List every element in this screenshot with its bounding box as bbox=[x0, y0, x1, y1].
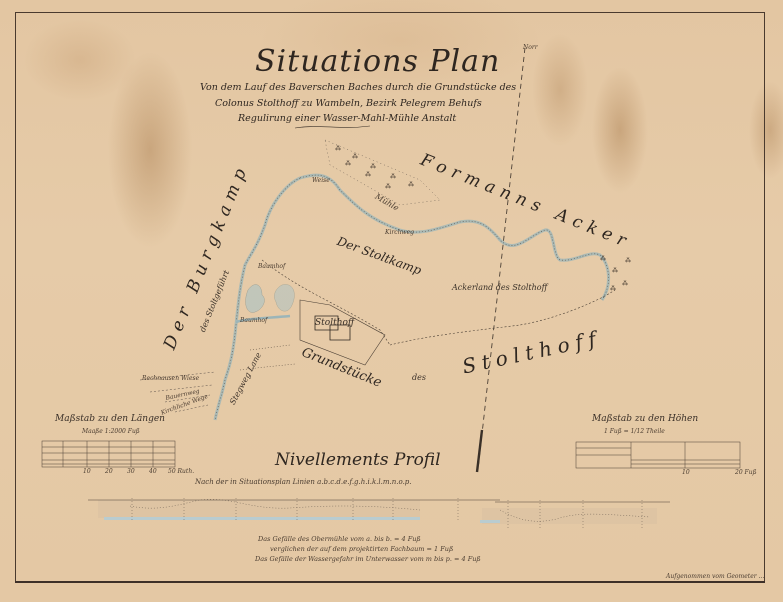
height-scale-tick-2: 20 Fuß bbox=[735, 469, 757, 476]
surveyor-signature: Aufgenommen vom Geometer ... bbox=[666, 573, 764, 580]
label-weise: Weise bbox=[312, 177, 330, 184]
length-scale-bar bbox=[42, 441, 175, 467]
pond-2 bbox=[274, 284, 294, 311]
subtitle-line-1: Von dem Lauf des Baverschen Baches durch… bbox=[200, 82, 516, 93]
label-kirchweg: Kirchweg bbox=[385, 229, 414, 236]
subtitle-line-3: Regulirung einer Wasser-Mahl-Mühle Ansta… bbox=[238, 113, 456, 124]
svg-text:⁂: ⁂ bbox=[370, 164, 376, 170]
svg-text:⁂: ⁂ bbox=[390, 174, 396, 180]
title-flourish bbox=[295, 126, 370, 128]
profile-title: Nivellements Profil bbox=[275, 450, 441, 470]
profile-subtitle: Nach der in Situationsplan Linien a.b.c.… bbox=[195, 478, 412, 486]
svg-text:⁂: ⁂ bbox=[622, 281, 628, 287]
svg-text:⁂: ⁂ bbox=[345, 161, 351, 167]
svg-text:⁂: ⁂ bbox=[352, 154, 358, 160]
level-profile bbox=[88, 498, 670, 528]
length-scale-tick-2: 20 bbox=[105, 468, 113, 475]
note-line-2: verglichen der auf dem projektirten Fach… bbox=[270, 545, 453, 553]
svg-text:⁂: ⁂ bbox=[610, 286, 616, 292]
label-stolthoff-farm: Stolthoff bbox=[315, 318, 354, 328]
length-scale-tick-4: 40 bbox=[149, 468, 157, 475]
length-scale-tick-5: 50 Ruth. bbox=[168, 468, 194, 475]
height-scale-subtitle: 1 Fuß = 1/12 Theile bbox=[604, 428, 665, 435]
note-line-3: Das Gefälle der Wassergefahr im Unterwas… bbox=[255, 555, 481, 563]
meridian-arrow-tip bbox=[477, 430, 482, 472]
pond-1 bbox=[246, 285, 265, 313]
label-baumhof-1: Baumhof bbox=[258, 263, 285, 270]
svg-text:⁂: ⁂ bbox=[335, 146, 341, 152]
svg-text:⁂: ⁂ bbox=[385, 184, 391, 190]
length-scale-title: Maßstab zu den Längen bbox=[55, 414, 165, 424]
subtitle-line-2: Colonus Stolthoff zu Wambeln, Bezirk Pel… bbox=[215, 98, 482, 109]
length-scale-tick-3: 30 bbox=[127, 468, 135, 475]
meridian-line bbox=[478, 48, 525, 470]
map-sheet: ⁂⁂⁂⁂⁂ ⁂⁂⁂ ⁂⁂⁂⁂⁂ bbox=[0, 0, 783, 602]
note-line-1: Das Gefälle des Obermühle vom a. bis b. … bbox=[258, 535, 421, 543]
height-scale-bar bbox=[576, 442, 740, 468]
svg-text:⁂: ⁂ bbox=[408, 182, 414, 188]
svg-text:⁂: ⁂ bbox=[612, 268, 618, 274]
label-rechen: Rechnausen Wiese bbox=[142, 375, 199, 382]
label-des: des bbox=[412, 373, 426, 382]
height-scale-tick-1: 10 bbox=[682, 469, 690, 476]
label-baumhof-2: Baumhof bbox=[240, 317, 267, 324]
svg-text:⁂: ⁂ bbox=[600, 256, 606, 262]
height-scale-title: Maßstab zu den Höhen bbox=[592, 414, 698, 424]
length-scale-subtitle: Maaße 1:2000 Fuß bbox=[82, 428, 140, 435]
svg-text:⁂: ⁂ bbox=[365, 172, 371, 178]
length-scale-tick-1: 10 bbox=[83, 468, 91, 475]
north-label: Norr bbox=[523, 44, 538, 51]
label-ackerland: Ackerland des Stolthoff bbox=[452, 283, 547, 292]
svg-text:⁂: ⁂ bbox=[625, 258, 631, 264]
map-title: Situations Plan bbox=[255, 44, 500, 79]
